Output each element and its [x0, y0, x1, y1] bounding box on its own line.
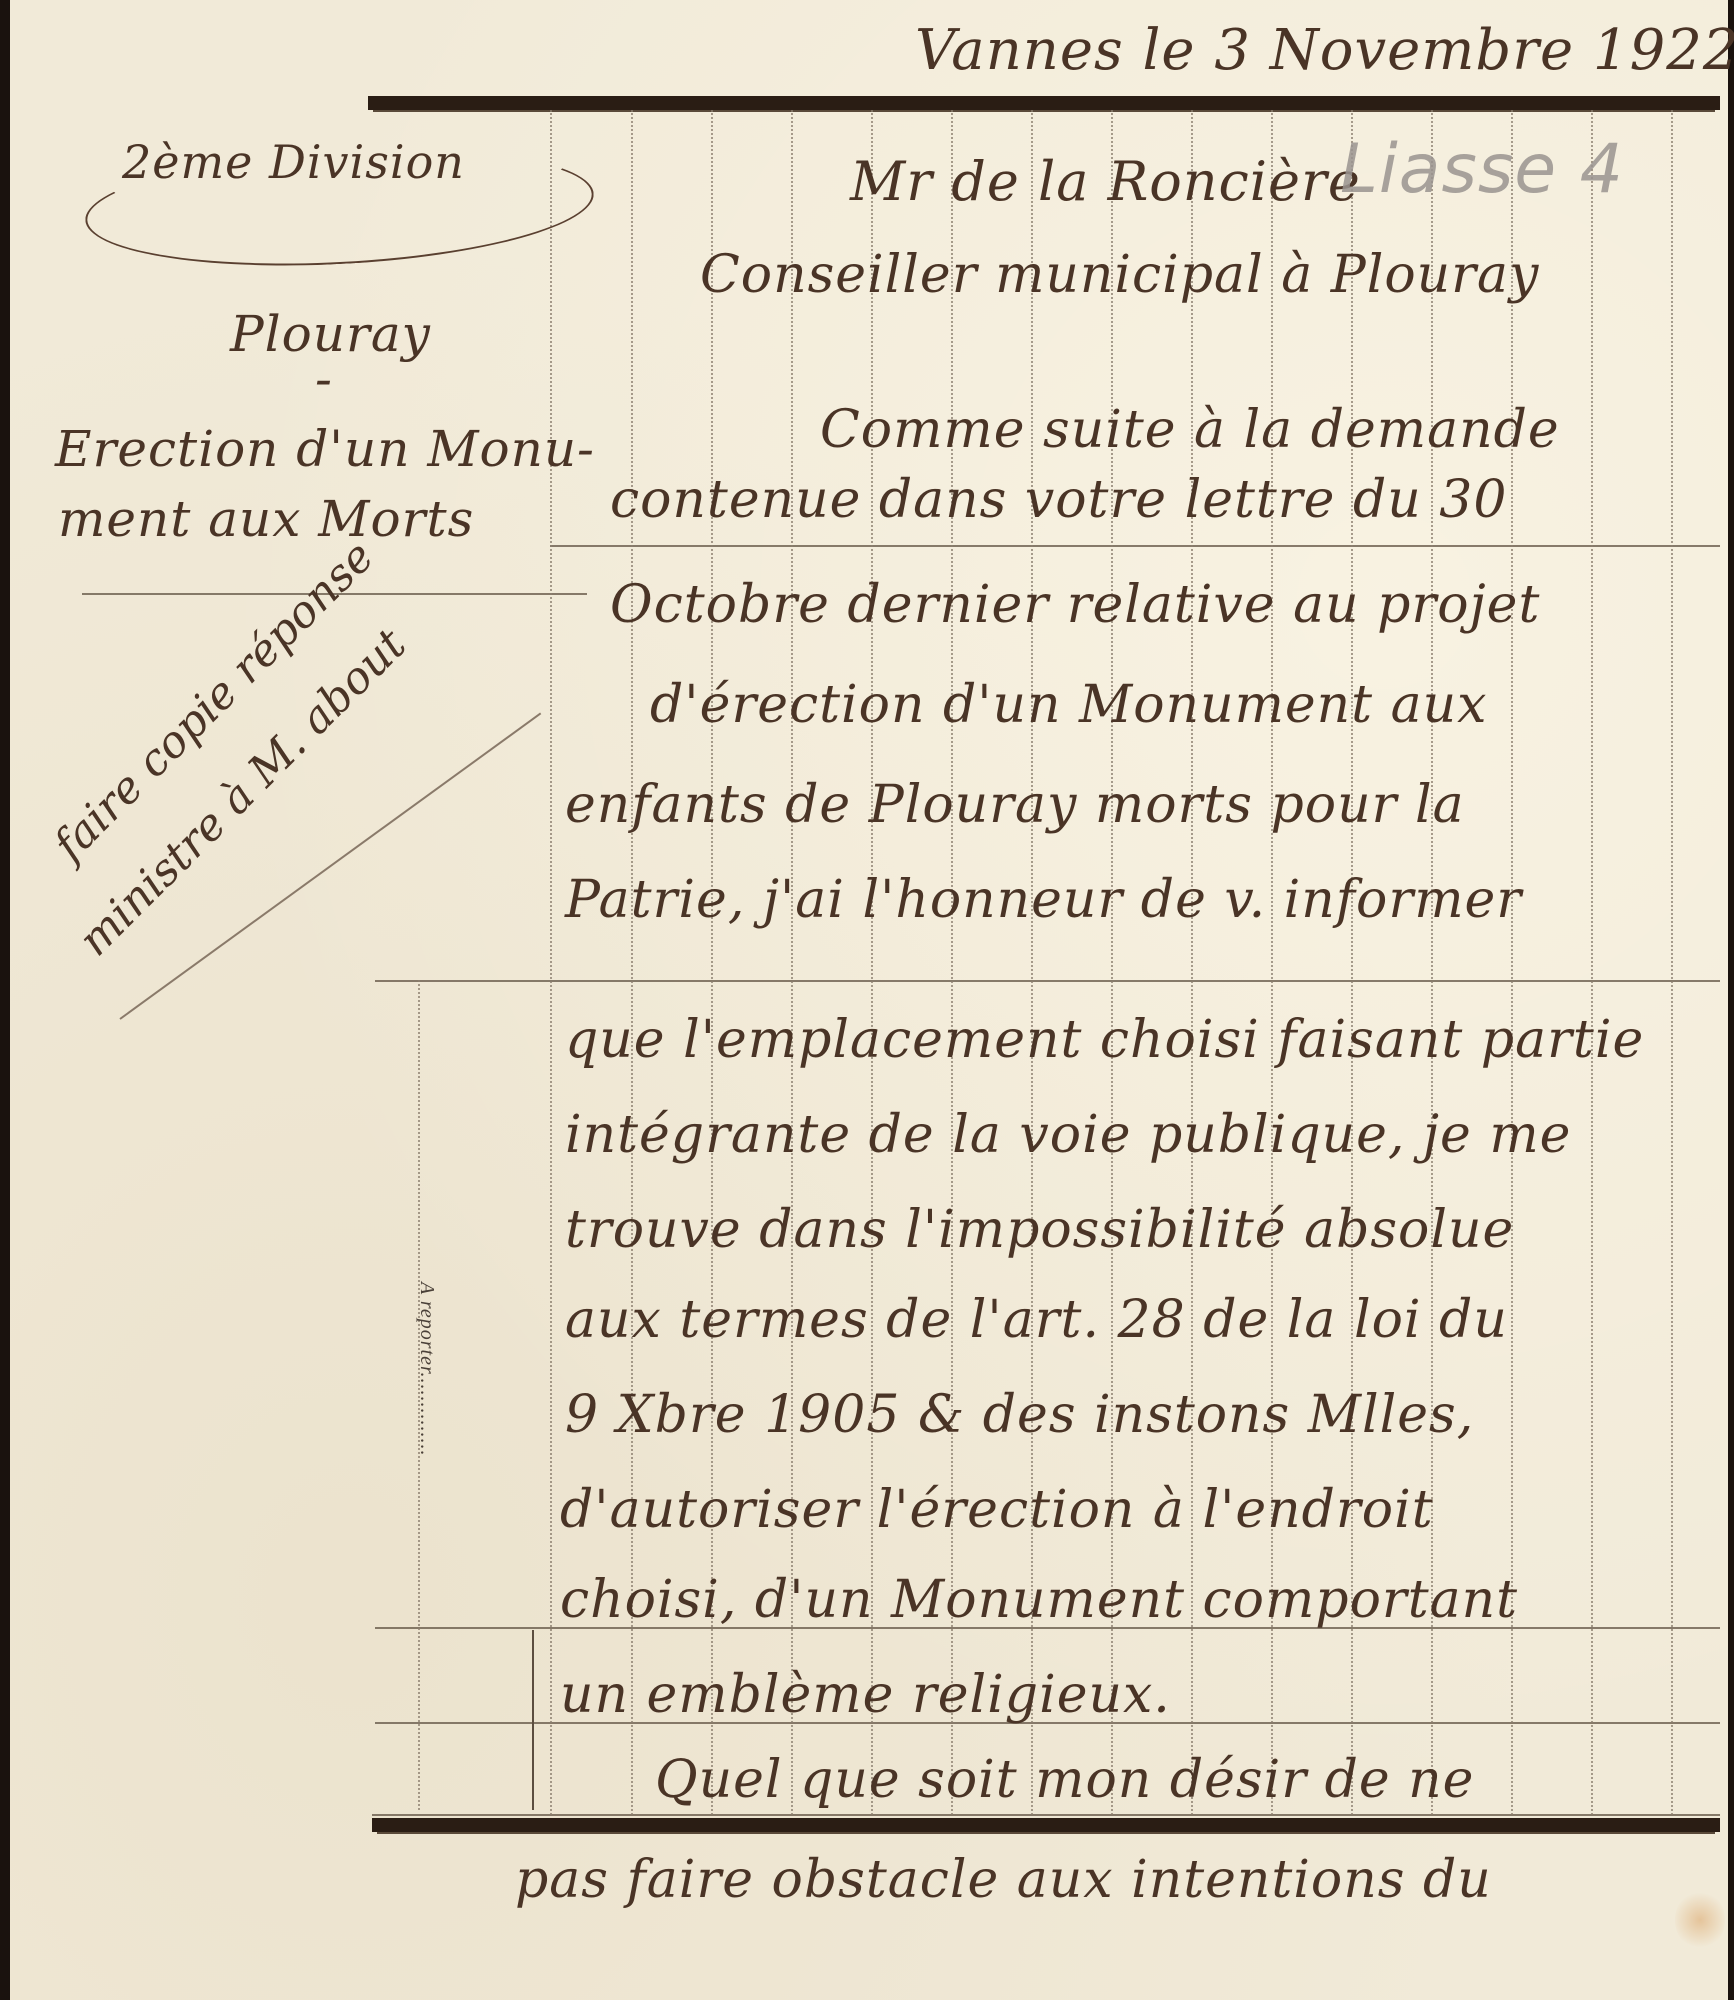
grid-column	[711, 110, 713, 1815]
rule-line	[372, 1814, 1720, 1816]
printed-a-reporter: A reporter..............	[415, 1282, 438, 1457]
grid-column	[631, 110, 633, 1815]
grid-column	[1671, 110, 1673, 1815]
body-line: un emblème religieux.	[560, 1665, 1171, 1725]
body-line: d'érection d'un Monument aux	[650, 675, 1487, 735]
recipient-title: Conseiller municipal à Plouray	[700, 245, 1539, 305]
body-line: Quel que soit mon désir de ne	[655, 1750, 1474, 1810]
grid-column	[871, 110, 873, 1815]
body-line: intégrante de la voie publique, je me	[565, 1105, 1571, 1165]
grid-column	[1031, 110, 1033, 1815]
body-line: 9 Xbre 1905 & des instons Mlles,	[565, 1385, 1474, 1445]
pencil-note: Liasse 4	[1340, 130, 1624, 209]
grid-column	[1111, 110, 1113, 1815]
body-line: choisi, d'un Monument comportant	[560, 1570, 1518, 1630]
recipient-name: Mr de la Roncière	[850, 150, 1361, 213]
body-line: contenue dans votre lettre du 30	[610, 470, 1507, 530]
body-line: pas faire obstacle aux intentions du	[515, 1850, 1492, 1910]
grid-column	[1511, 110, 1513, 1815]
grid-column	[1431, 110, 1433, 1815]
grid-column	[1591, 110, 1593, 1815]
grid-column	[1271, 110, 1273, 1815]
rule-line	[550, 545, 1720, 547]
body-line: enfants de Plouray morts pour la	[565, 775, 1465, 835]
bottom-thick-rule	[372, 1818, 1720, 1832]
body-line: aux termes de l'art. 28 de la loi du	[565, 1290, 1508, 1350]
body-line: Patrie, j'ai l'honneur de v. informer	[565, 870, 1522, 930]
separator-dash: -	[315, 350, 333, 408]
grid-column	[1191, 110, 1193, 1815]
grid-column	[550, 110, 552, 1815]
body-line: trouve dans l'impossibilité absolue	[565, 1200, 1514, 1260]
letter-page: Vannes le 3 Novembre 1922 A reporter....…	[10, 0, 1728, 2000]
grid-column	[1351, 110, 1353, 1815]
margin-column-rule	[532, 1630, 534, 1810]
grid-column	[951, 110, 953, 1815]
body-line: que l'emplacement choisi faisant partie	[565, 1010, 1644, 1070]
top-thick-rule	[368, 96, 1720, 110]
grid-column	[791, 110, 793, 1815]
body-line: d'autoriser l'érection à l'endroit	[560, 1480, 1434, 1540]
body-line: Comme suite à la demande	[820, 400, 1560, 460]
body-line: Octobre dernier relative au projet	[610, 575, 1540, 635]
rule-line	[375, 980, 1720, 982]
subject-line-1: Erection d'un Monu-	[55, 420, 595, 478]
paper-stain	[1675, 1890, 1725, 1950]
place-date: Vannes le 3 Novembre 1922	[915, 18, 1734, 83]
subject-line-2: ment aux Morts	[58, 490, 474, 548]
